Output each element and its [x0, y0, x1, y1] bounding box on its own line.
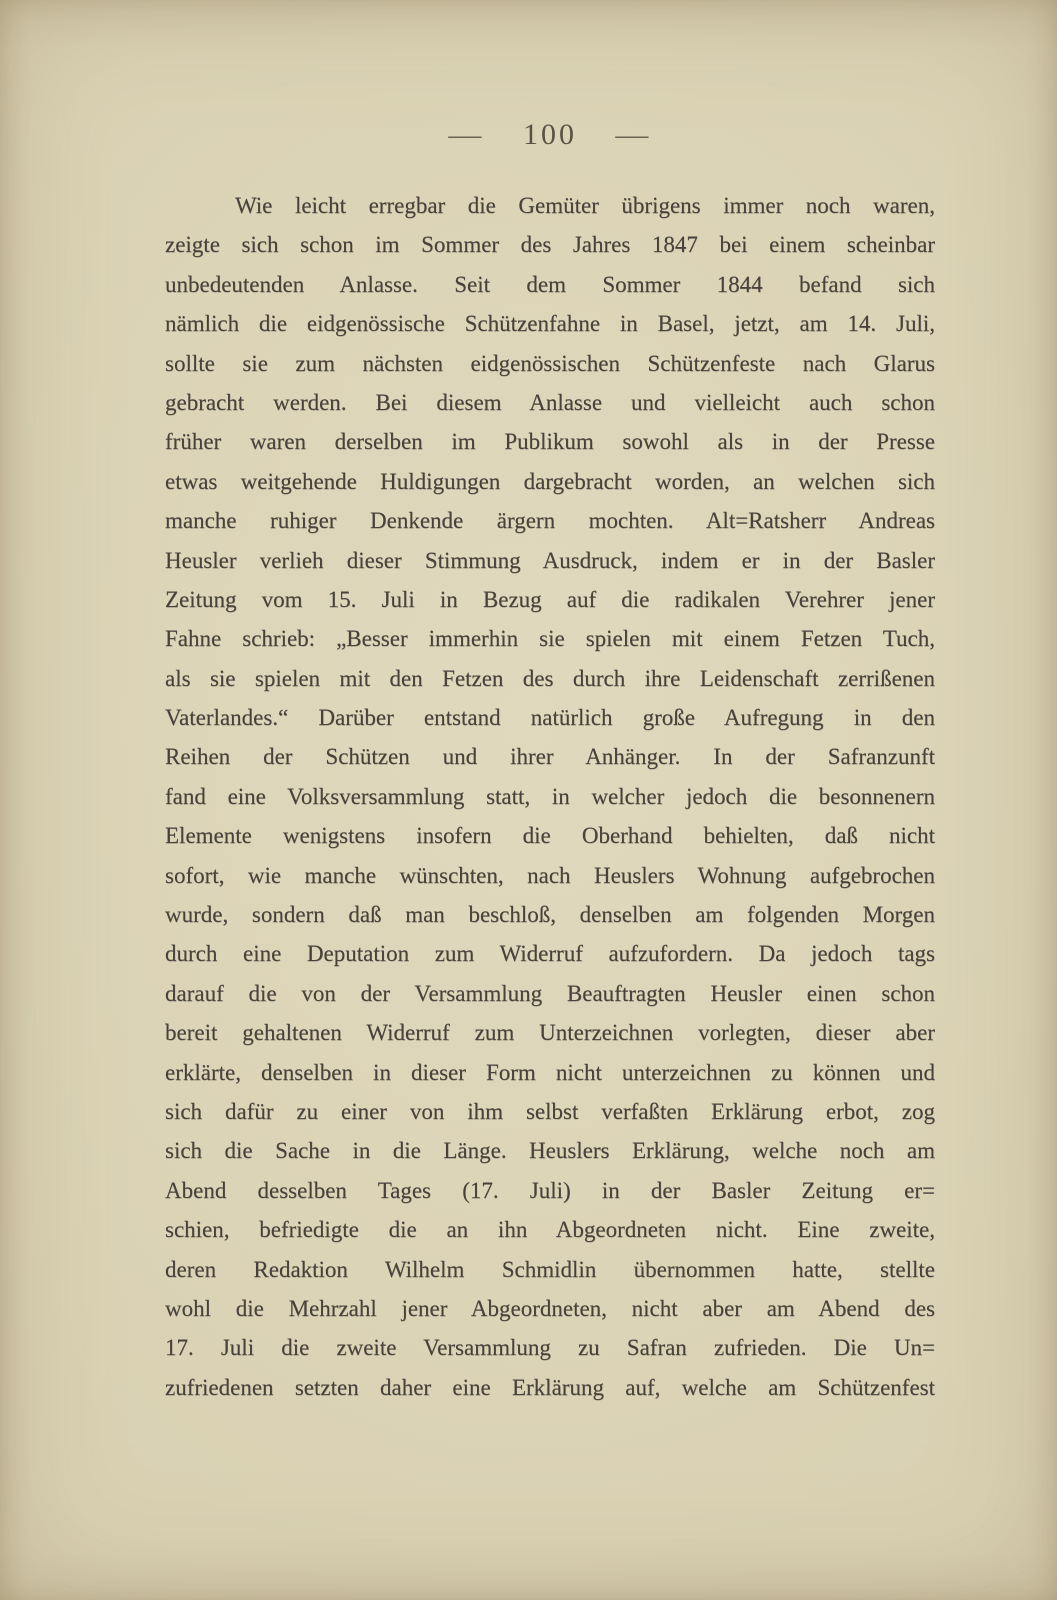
text-line: wohl die Mehrzahl jener Abgeordneten, ni… — [165, 1289, 935, 1328]
text-line: Reihen der Schützen und ihrer Anhänger. … — [165, 737, 935, 776]
text-line: früher waren derselben im Publikum sowoh… — [165, 422, 935, 461]
scanned-book-page: — 100 — Wie leicht erregbar die Gemüter … — [0, 0, 1057, 1600]
text-line: sofort, wie manche wünschten, nach Heusl… — [165, 856, 935, 895]
text-line: Abend desselben Tages (17. Juli) in der … — [165, 1171, 935, 1210]
text-line: deren Redaktion Wilhelm Schmidlin überno… — [165, 1250, 935, 1289]
page-number: 100 — [523, 118, 577, 152]
text-line: gebracht werden. Bei diesem Anlasse und … — [165, 383, 935, 422]
text-line: erklärte, denselben in dieser Form nicht… — [165, 1053, 935, 1092]
header-dash-left: — — [448, 118, 484, 152]
text-line: sich dafür zu einer von ihm selbst verfa… — [165, 1092, 935, 1131]
text-line: Heusler verlieh dieser Stimmung Ausdruck… — [165, 541, 935, 580]
text-line: etwas weitgehende Huldigungen dargebrach… — [165, 462, 935, 501]
text-line: fand eine Volksversammlung statt, in wel… — [165, 777, 935, 816]
text-line: 17. Juli die zweite Versammlung zu Safra… — [165, 1328, 935, 1367]
text-line: Zeitung vom 15. Juli in Bezug auf die ra… — [165, 580, 935, 619]
body-text: Wie leicht erregbar die Gemüter übrigens… — [165, 186, 935, 1407]
page-header: — 100 — — [165, 118, 935, 152]
text-line: manche ruhiger Denkende ärgern mochten. … — [165, 501, 935, 540]
header-dash-right: — — [615, 118, 651, 152]
text-line: darauf die von der Versammlung Beauftrag… — [165, 974, 935, 1013]
text-line: als sie spielen mit den Fetzen des durch… — [165, 659, 935, 698]
text-line: unbedeutenden Anlasse. Seit dem Sommer 1… — [165, 265, 935, 304]
text-line: zufriedenen setzten daher eine Erklärung… — [165, 1368, 935, 1407]
text-line: nämlich die eidgenössische Schützenfahne… — [165, 304, 935, 343]
text-line: Wie leicht erregbar die Gemüter übrigens… — [165, 186, 935, 225]
text-line: Fahne schrieb: „Besser immerhin sie spie… — [165, 619, 935, 658]
text-line: bereit gehaltenen Widerruf zum Unterzeic… — [165, 1013, 935, 1052]
text-line: sich die Sache in die Länge. Heuslers Er… — [165, 1131, 935, 1170]
text-line: zeigte sich schon im Sommer des Jahres 1… — [165, 225, 935, 264]
text-line: sollte sie zum nächsten eidgenössischen … — [165, 344, 935, 383]
text-line: Vaterlandes.“ Darüber entstand natürlich… — [165, 698, 935, 737]
text-line: wurde, sondern daß man beschloß, denselb… — [165, 895, 935, 934]
text-line: durch eine Deputation zum Widerruf aufzu… — [165, 934, 935, 973]
text-line: Elemente wenigstens insofern die Oberhan… — [165, 816, 935, 855]
text-line: schien, befriedigte die an ihn Abgeordne… — [165, 1210, 935, 1249]
